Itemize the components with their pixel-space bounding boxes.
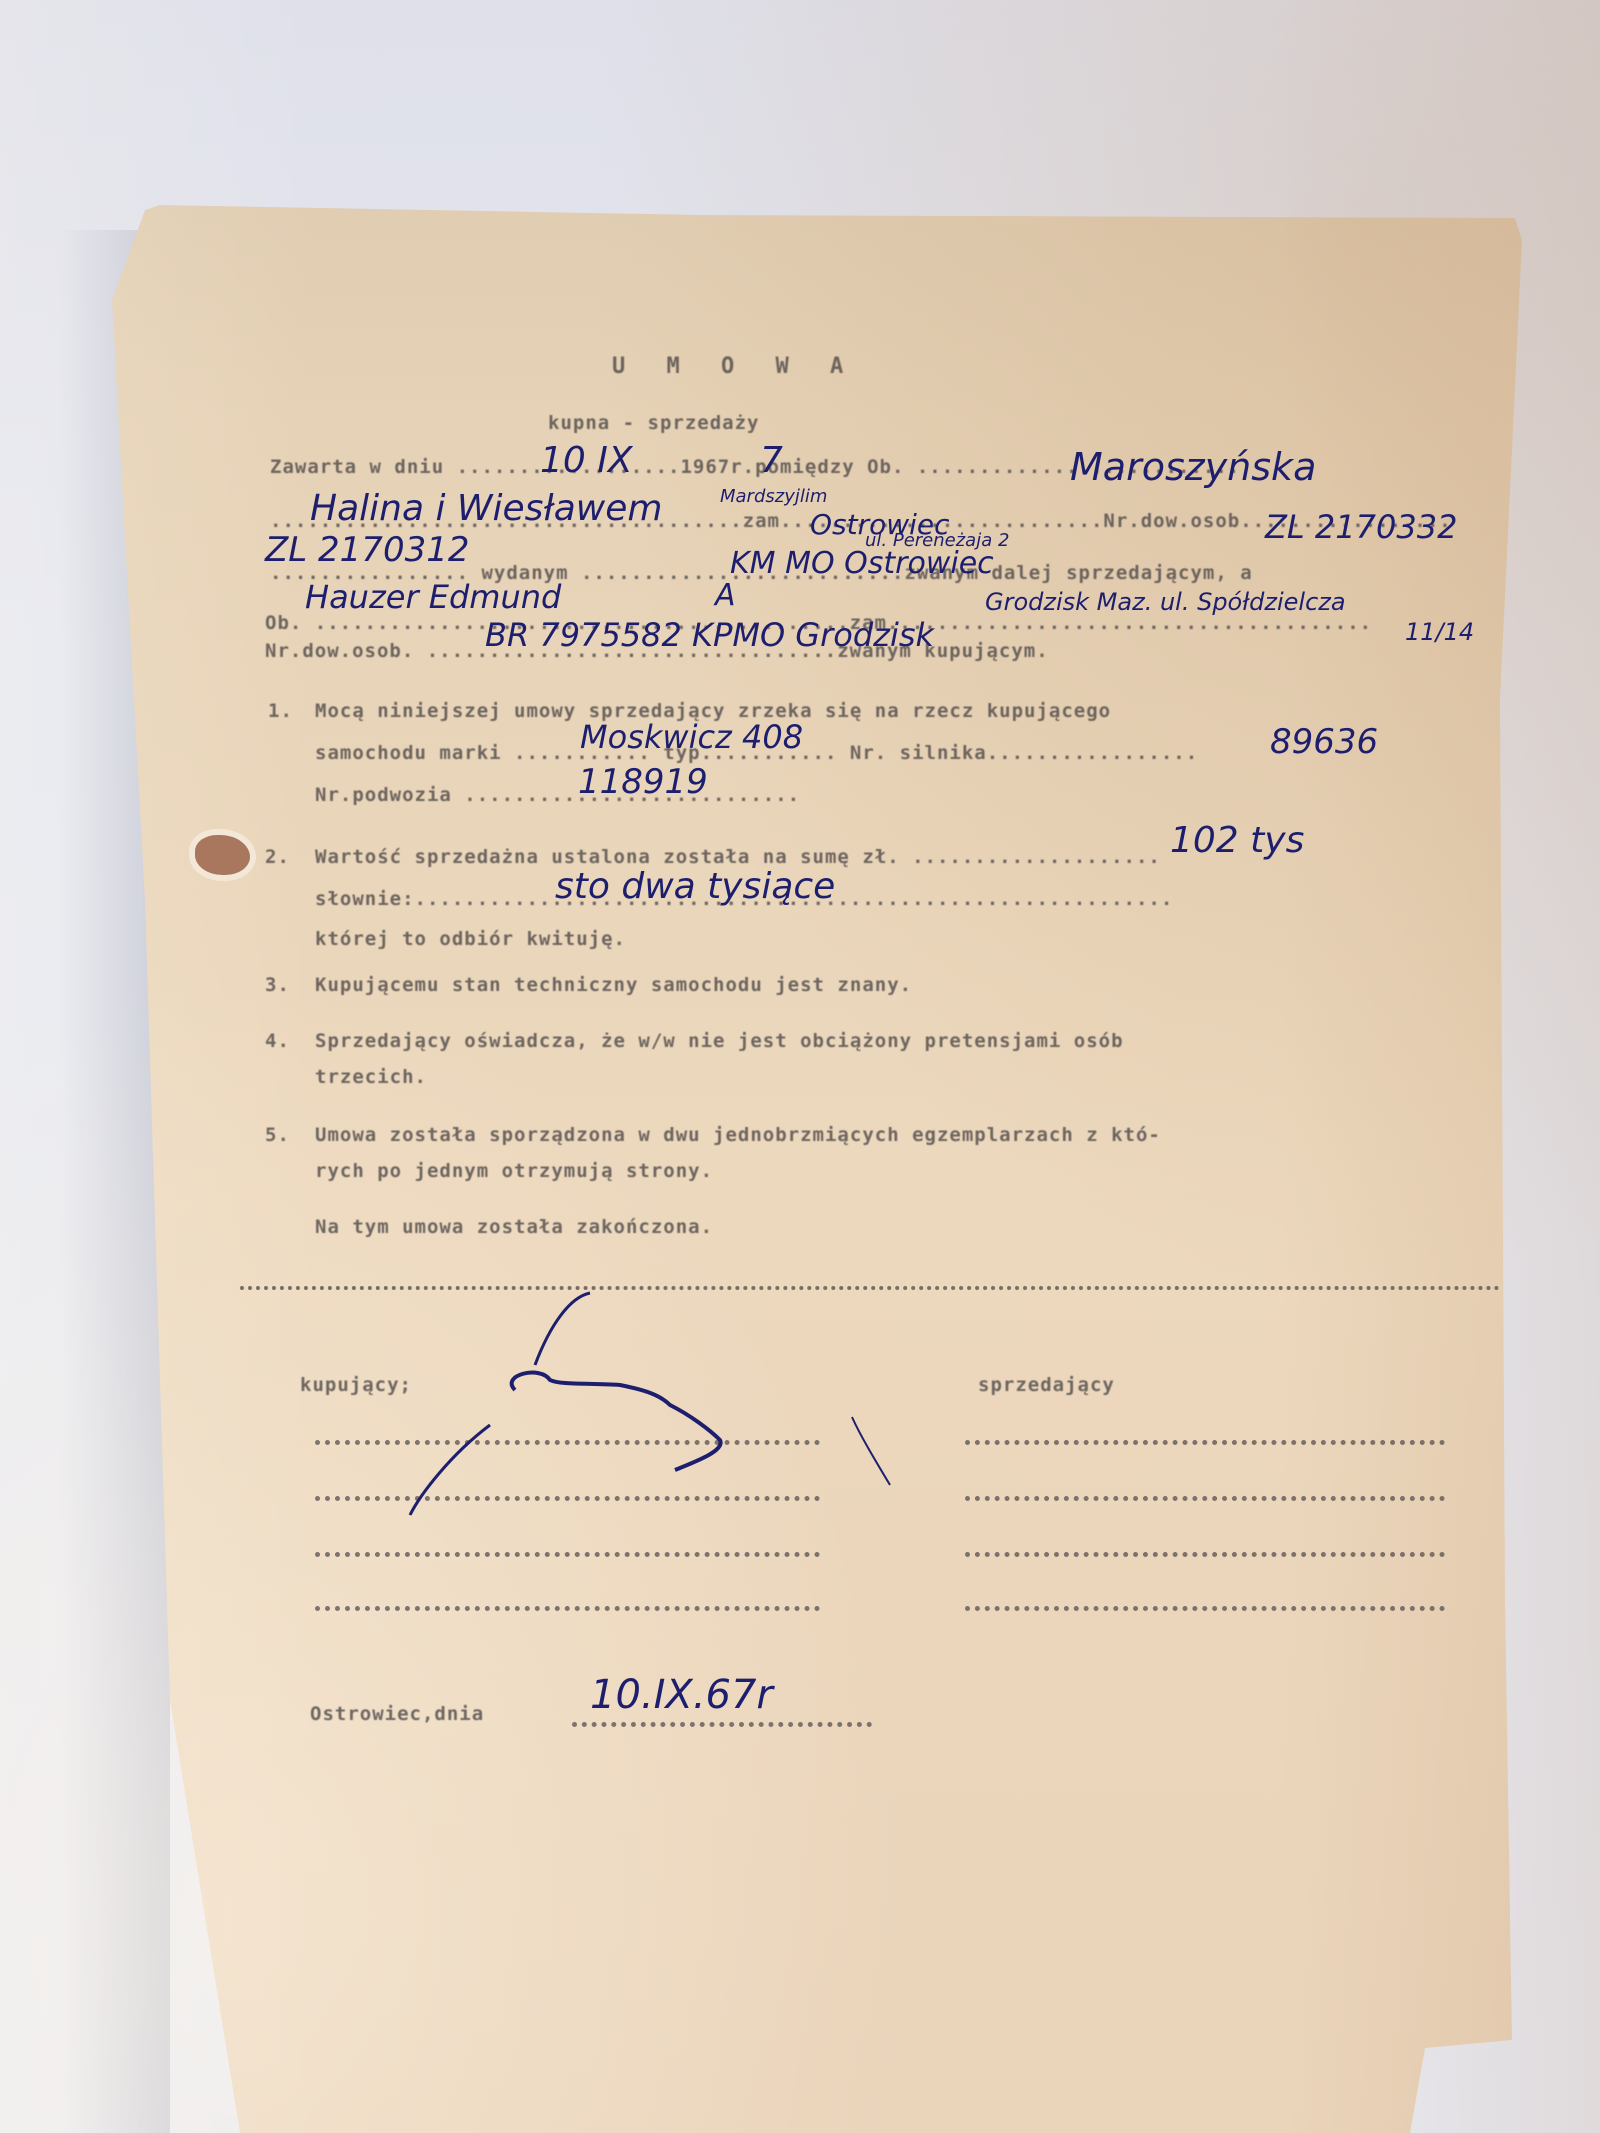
hw-issuer: KM MO Ostrowiec [730,546,994,581]
clause-4-line-2: trzecich. [315,1066,427,1088]
clause-4-line-1: Sprzedający oświadcza, że w/w nie jest o… [315,1030,1124,1052]
clause-2-line-3: której to odbiór kwituję. [315,928,626,950]
clause-2-line-1: Wartość sprzedażna ustalona została na s… [315,846,1161,868]
hw-year-digit: 7 [760,440,783,481]
hw-buyer-address-no: 11/14 [1405,618,1474,646]
document-title: U M O W A [612,354,857,379]
clause-5-line-2: rych po jednym otrzymują strony. [315,1160,713,1182]
date-dotted-line [572,1722,872,1727]
clause-1-line-3: Nr.podwozia ........................... [315,784,800,806]
closing-sentence: Na tym umowa została zakończona. [315,1216,713,1238]
place-date-label: Ostrowiec,dnia [310,1703,484,1725]
paper-hole [195,835,250,875]
buyer-signature-line-4 [315,1606,820,1611]
document-subtitle: kupna - sprzedaży [548,412,759,434]
clause-3-num: 3. [265,974,290,996]
hw-seller-id-right: ZL 2170332 [1265,508,1457,546]
hw-price-words: sto dwa tysiące [555,866,835,907]
seller-signature-line-4 [965,1606,1445,1611]
hw-buyer-id: BR 7975582 KPMO Grodzisk [485,616,934,654]
seller-signature-line-2 [965,1496,1445,1501]
hw-chassis-no: 118919 [578,762,708,802]
clause-2-num: 2. [265,846,290,868]
seller-signature-line-1 [965,1440,1445,1445]
seller-label: sprzedający [978,1374,1115,1396]
hw-buyer-name: Hauzer Edmund [305,578,561,616]
clause-5-num: 5. [265,1124,290,1146]
clause-5-line-1: Umowa została sporządzona w dwu jednobrz… [315,1124,1161,1146]
hw-seller-name: Maroszyńska [1070,445,1316,489]
hw-date: 10 IX [540,440,633,481]
seller-signature-line-3 [965,1552,1445,1557]
hw-seller-extra: Mardszyjlim [720,486,827,507]
hw-buyer-initial: A [715,578,736,613]
paper-aging-tone [0,0,1600,2133]
buyer-signature-scribble [390,1285,930,1525]
clause-3-line-1: Kupującemu stan techniczny samochodu jes… [315,974,912,996]
hw-car-make: Moskwicz 408 [580,718,803,756]
buyer-signature-line-3 [315,1552,820,1557]
hw-seller-id: ZL 2170312 [265,530,469,570]
clause-1-num: 1. [268,700,293,722]
clause-4-num: 4. [265,1030,290,1052]
hw-seller-names: Halina i Wiesławem [310,488,662,529]
hw-price: 102 tys [1170,820,1304,861]
hw-buyer-address: Grodzisk Maz. ul. Spółdzielcza [985,588,1346,616]
hw-engine-no: 89636 [1270,722,1378,762]
hw-final-date: 10.IX.67r [590,1672,773,1718]
